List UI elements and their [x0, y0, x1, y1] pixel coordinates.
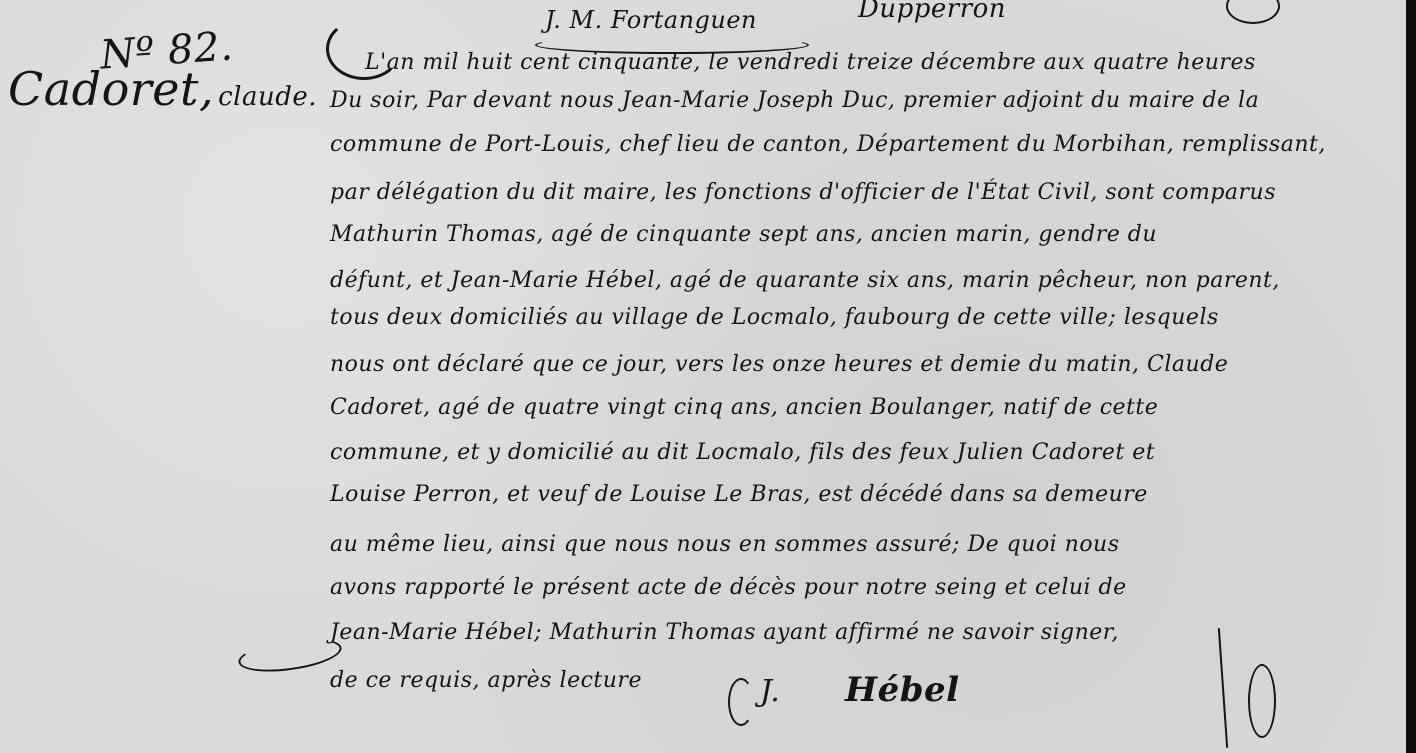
margin-deceased-name: Cadoret,claude. — [8, 62, 317, 116]
mark-text: J. — [760, 674, 780, 709]
signature-bottom-middle: Hébel — [845, 670, 960, 710]
signature-top-middle: Dupperron — [858, 0, 1006, 24]
bracket-icon — [728, 678, 754, 726]
body-line: Du soir, Par devant nous Jean-Marie Jose… — [330, 88, 1259, 113]
signature-scrawl-icon — [1248, 664, 1276, 738]
body-line: de ce requis, après lecture — [330, 668, 642, 693]
signature-scrawl-icon — [1226, 0, 1280, 24]
witness-mark: J. — [760, 674, 780, 709]
margin-surname: Cadoret, — [8, 62, 214, 116]
body-line: au même lieu, ainsi que nous nous en som… — [330, 532, 1120, 557]
body-line: Mathurin Thomas, agé de cinquante sept a… — [330, 222, 1157, 247]
scan-edge — [1406, 0, 1416, 753]
signature-text: J. M. Fortanguen — [545, 6, 757, 34]
scanned-register-page: Nº 82. Cadoret,claude. J. M. Fortanguen … — [0, 0, 1406, 753]
margin-given-name: claude. — [218, 82, 317, 112]
bottom-flourish-icon — [236, 633, 343, 677]
body-line: commune de Port-Louis, chef lieu de cant… — [330, 132, 1326, 157]
body-line: par délégation du dit maire, les fonctio… — [330, 180, 1276, 205]
body-line: Louise Perron, et veuf de Louise Le Bras… — [330, 482, 1148, 507]
body-line: L'an mil huit cent cinquante, le vendred… — [365, 50, 1256, 75]
body-line: défunt, et Jean-Marie Hébel, agé de quar… — [330, 268, 1280, 293]
body-line: Jean-Marie Hébel; Mathurin Thomas ayant … — [330, 620, 1119, 645]
body-line: Cadoret, agé de quatre vingt cinq ans, a… — [330, 395, 1158, 420]
body-line: tous deux domiciliés au village de Locma… — [330, 305, 1219, 330]
body-line: nous ont déclaré que ce jour, vers les o… — [330, 352, 1228, 377]
signature-top-left: J. M. Fortanguen — [545, 6, 757, 34]
signature-stroke-icon — [1218, 628, 1228, 748]
body-line: avons rapporté le présent acte de décès … — [330, 575, 1127, 600]
body-line: commune, et y domicilié au dit Locmalo, … — [330, 440, 1155, 465]
